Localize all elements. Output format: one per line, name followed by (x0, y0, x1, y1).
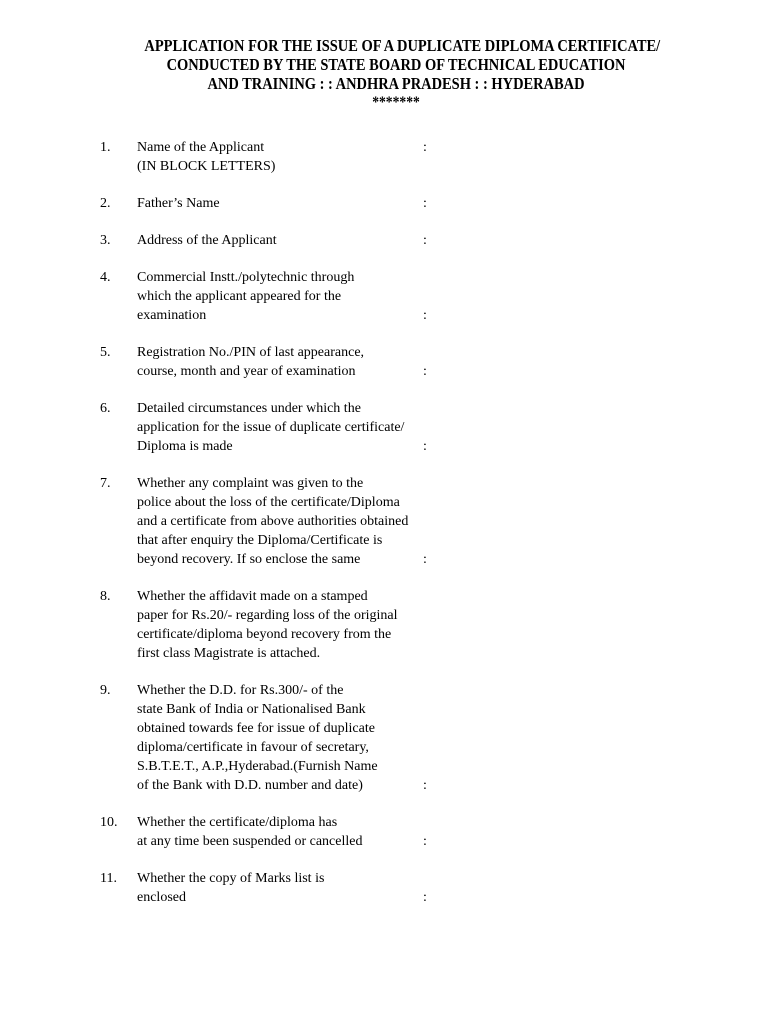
colon-separator: : (423, 437, 427, 456)
form-item: 11. Whether the copy of Marks list isenc… (100, 869, 692, 907)
item-number: 3. (100, 231, 137, 250)
item-label-line: police about the loss of the certificate… (137, 493, 423, 512)
item-label-line: at any time been suspended or cancelled (137, 832, 423, 851)
colon-separator: : (423, 550, 427, 569)
item-label: Address of the Applicant (137, 231, 423, 250)
item-label-line: Father’s Name (137, 194, 423, 213)
item-label-line: enclosed (137, 888, 423, 907)
colon-separator: : (423, 194, 427, 213)
item-label-line: course, month and year of examination (137, 362, 423, 381)
item-label-line: first class Magistrate is attached. (137, 644, 423, 663)
item-label-line: examination (137, 306, 423, 325)
item-colon-column: : (423, 138, 692, 176)
item-label-line: Address of the Applicant (137, 231, 423, 250)
item-number: 8. (100, 587, 137, 663)
colon-separator: : (423, 776, 427, 795)
form-item: 10. Whether the certificate/diploma hasa… (100, 813, 692, 851)
item-number: 6. (100, 399, 137, 456)
item-colon-column: : (423, 474, 692, 569)
item-label-line: Whether the certificate/diploma has (137, 813, 423, 832)
colon-separator: : (423, 231, 427, 250)
item-number: 4. (100, 268, 137, 325)
item-number: 11. (100, 869, 137, 907)
item-label: Commercial Instt./polytechnic throughwhi… (137, 268, 423, 325)
item-label-line: obtained towards fee for issue of duplic… (137, 719, 423, 738)
item-label: Whether the copy of Marks list isenclose… (137, 869, 423, 907)
item-label-line: Whether any complaint was given to the (137, 474, 423, 493)
item-label-line: Whether the copy of Marks list is (137, 869, 423, 888)
item-label-line: Name of the Applicant (137, 138, 423, 157)
title-line-1: APPLICATION FOR THE ISSUE OF A DUPLICATE… (144, 36, 647, 55)
item-label-line: Diploma is made (137, 437, 423, 456)
form-item: 3. Address of the Applicant : (100, 231, 692, 250)
item-number: 9. (100, 681, 137, 795)
form-item: 8. Whether the affidavit made on a stamp… (100, 587, 692, 663)
form-item: 4. Commercial Instt./polytechnic through… (100, 268, 692, 325)
form-item: 6. Detailed circumstances under which th… (100, 399, 692, 456)
colon-separator: : (423, 362, 427, 381)
colon-separator: : (423, 888, 427, 907)
item-number: 1. (100, 138, 137, 176)
item-colon-column: : (423, 681, 692, 795)
item-label-line: beyond recovery. If so enclose the same (137, 550, 423, 569)
item-label: Name of the Applicant(IN BLOCK LETTERS) (137, 138, 423, 176)
item-number: 5. (100, 343, 137, 381)
item-label-line: (IN BLOCK LETTERS) (137, 157, 423, 176)
title-line-3: AND TRAINING : : ANDHRA PRADESH : : HYDE… (144, 74, 647, 93)
item-label: Whether the D.D. for Rs.300/- of thestat… (137, 681, 423, 795)
item-label-line: Whether the affidavit made on a stamped (137, 587, 423, 606)
item-colon-column: : (423, 343, 692, 381)
item-label: Registration No./PIN of last appearance,… (137, 343, 423, 381)
item-label: Father’s Name (137, 194, 423, 213)
form-item: 9. Whether the D.D. for Rs.300/- of thes… (100, 681, 692, 795)
item-label-line: Whether the D.D. for Rs.300/- of the (137, 681, 423, 700)
item-colon-column: : (423, 399, 692, 456)
item-label-line: and a certificate from above authorities… (137, 512, 423, 531)
item-label-line: certificate/diploma beyond recovery from… (137, 625, 423, 644)
item-label-line: that after enquiry the Diploma/Certifica… (137, 531, 423, 550)
document-page: APPLICATION FOR THE ISSUE OF A DUPLICATE… (0, 0, 770, 1024)
colon-separator: : (423, 832, 427, 851)
title-line-2: CONDUCTED BY THE STATE BOARD OF TECHNICA… (144, 55, 647, 74)
item-label-line: which the applicant appeared for the (137, 287, 423, 306)
item-label-line: paper for Rs.20/- regarding loss of the … (137, 606, 423, 625)
form-item: 2. Father’s Name : (100, 194, 692, 213)
item-label: Whether any complaint was given to thepo… (137, 474, 423, 569)
item-colon-column: : (423, 813, 692, 851)
item-label: Whether the certificate/diploma hasat an… (137, 813, 423, 851)
item-label-line: S.B.T.E.T., A.P.,Hyderabad.(Furnish Name (137, 757, 423, 776)
item-label: Detailed circumstances under which theap… (137, 399, 423, 456)
item-label-line: state Bank of India or Nationalised Bank (137, 700, 423, 719)
item-colon-column: : (423, 268, 692, 325)
item-label-line: Registration No./PIN of last appearance, (137, 343, 423, 362)
item-colon-column (423, 587, 692, 663)
colon-separator: : (423, 306, 427, 325)
title-separator-stars: ******* (144, 93, 647, 112)
item-number: 2. (100, 194, 137, 213)
item-number: 10. (100, 813, 137, 851)
item-colon-column: : (423, 869, 692, 907)
item-number: 7. (100, 474, 137, 569)
form-item: 7. Whether any complaint was given to th… (100, 474, 692, 569)
item-label-line: of the Bank with D.D. number and date) (137, 776, 423, 795)
item-label-line: Detailed circumstances under which the (137, 399, 423, 418)
item-label-line: application for the issue of duplicate c… (137, 418, 423, 437)
item-label-line: Commercial Instt./polytechnic through (137, 268, 423, 287)
item-label-line: diploma/certificate in favour of secreta… (137, 738, 423, 757)
item-label: Whether the affidavit made on a stampedp… (137, 587, 423, 663)
form-items-list: 1. Name of the Applicant(IN BLOCK LETTER… (100, 138, 692, 907)
item-colon-column: : (423, 231, 692, 250)
form-item: 5. Registration No./PIN of last appearan… (100, 343, 692, 381)
colon-separator: : (423, 138, 427, 157)
form-item: 1. Name of the Applicant(IN BLOCK LETTER… (100, 138, 692, 176)
item-colon-column: : (423, 194, 692, 213)
document-title: APPLICATION FOR THE ISSUE OF A DUPLICATE… (144, 36, 647, 112)
